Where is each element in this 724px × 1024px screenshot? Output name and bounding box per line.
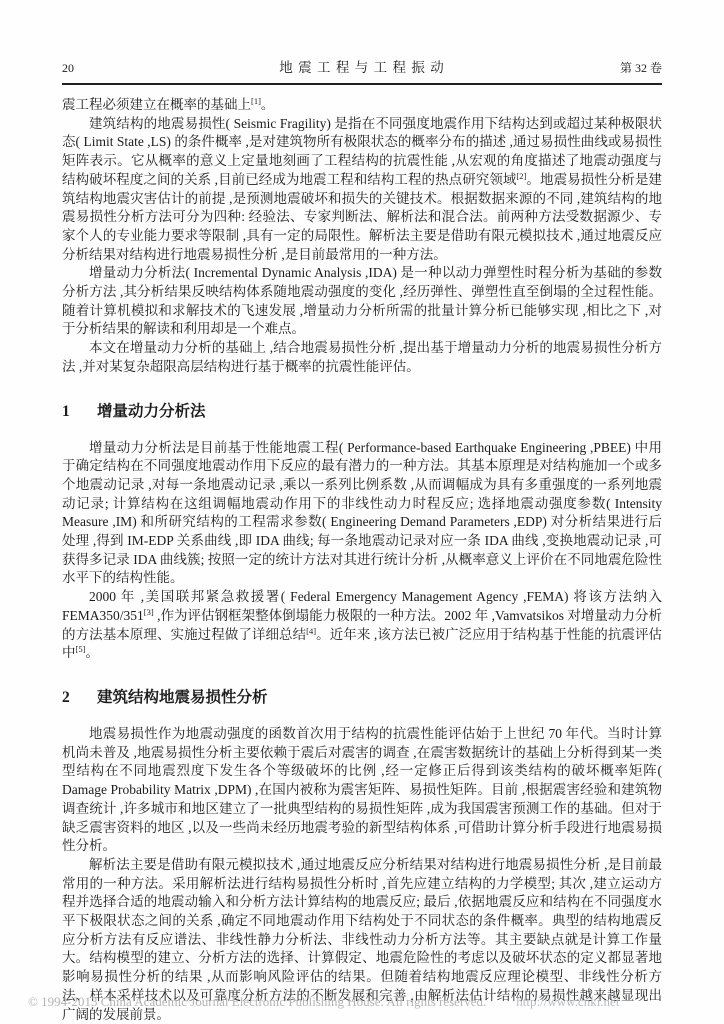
citation-ref: [4] <box>306 626 316 636</box>
copyright-notice: © 1994-2013 China Academic Journal Elect… <box>28 994 486 1010</box>
citation-ref: [3] <box>144 607 154 617</box>
paragraph: 震工程必须建立在概率的基础上[1]。 <box>62 96 662 115</box>
journal-header: 20 地 震 工 程 与 工 程 振 动 第 32 卷 <box>62 56 662 76</box>
section-title: 建筑结构地震易损性分析 <box>97 689 268 706</box>
section-number: 1 <box>62 402 97 422</box>
paragraph: 建筑结构的地震易损性( Seismic Fragility) 是指在不同强度地震… <box>62 115 662 265</box>
section-number: 2 <box>62 688 97 708</box>
section-title: 增量动力分析法 <box>97 403 206 420</box>
article-body: 震工程必须建立在概率的基础上[1]。建筑结构的地震易损性( Seismic Fr… <box>62 96 662 1024</box>
paragraph: 增量动力分析法( Incremental Dynamic Analysis ,I… <box>62 264 662 339</box>
citation-ref: [2] <box>516 171 526 181</box>
citation-ref: [1] <box>251 96 261 106</box>
page-footer: © 1994-2013 China Academic Journal Elect… <box>28 994 696 1010</box>
section-heading: 2建筑结构地震易损性分析 <box>62 688 662 708</box>
paragraph: 本文在增量动力分析的基础上 ,结合地震易损性分析 ,提出基于增量动力分析的地震易… <box>62 339 662 376</box>
paragraph: 增量动力分析法是目前基于性能地震工程( Performance-based Ea… <box>62 439 662 589</box>
header-rule <box>62 83 662 85</box>
page-content: 20 地 震 工 程 与 工 程 振 动 第 32 卷 震工程必须建立在概率的基… <box>62 0 662 1024</box>
paper-page: 20 地 震 工 程 与 工 程 振 动 第 32 卷 震工程必须建立在概率的基… <box>0 0 724 1024</box>
journal-title: 地 震 工 程 与 工 程 振 动 <box>152 56 572 76</box>
citation-ref: [5] <box>76 644 86 654</box>
paragraph: 2000 年 ,美国联邦紧急救援署( Federal Emergency Man… <box>62 588 662 663</box>
page-number: 20 <box>62 61 152 76</box>
volume-label: 第 32 卷 <box>572 59 662 76</box>
section-heading: 1增量动力分析法 <box>62 402 662 422</box>
paragraph: 地震易损性作为地震动强度的函数首次用于结构的抗震性能评估始于上世纪 70 年代。… <box>62 725 662 856</box>
cnki-url[interactable]: http://www.cnki.net <box>516 994 619 1010</box>
